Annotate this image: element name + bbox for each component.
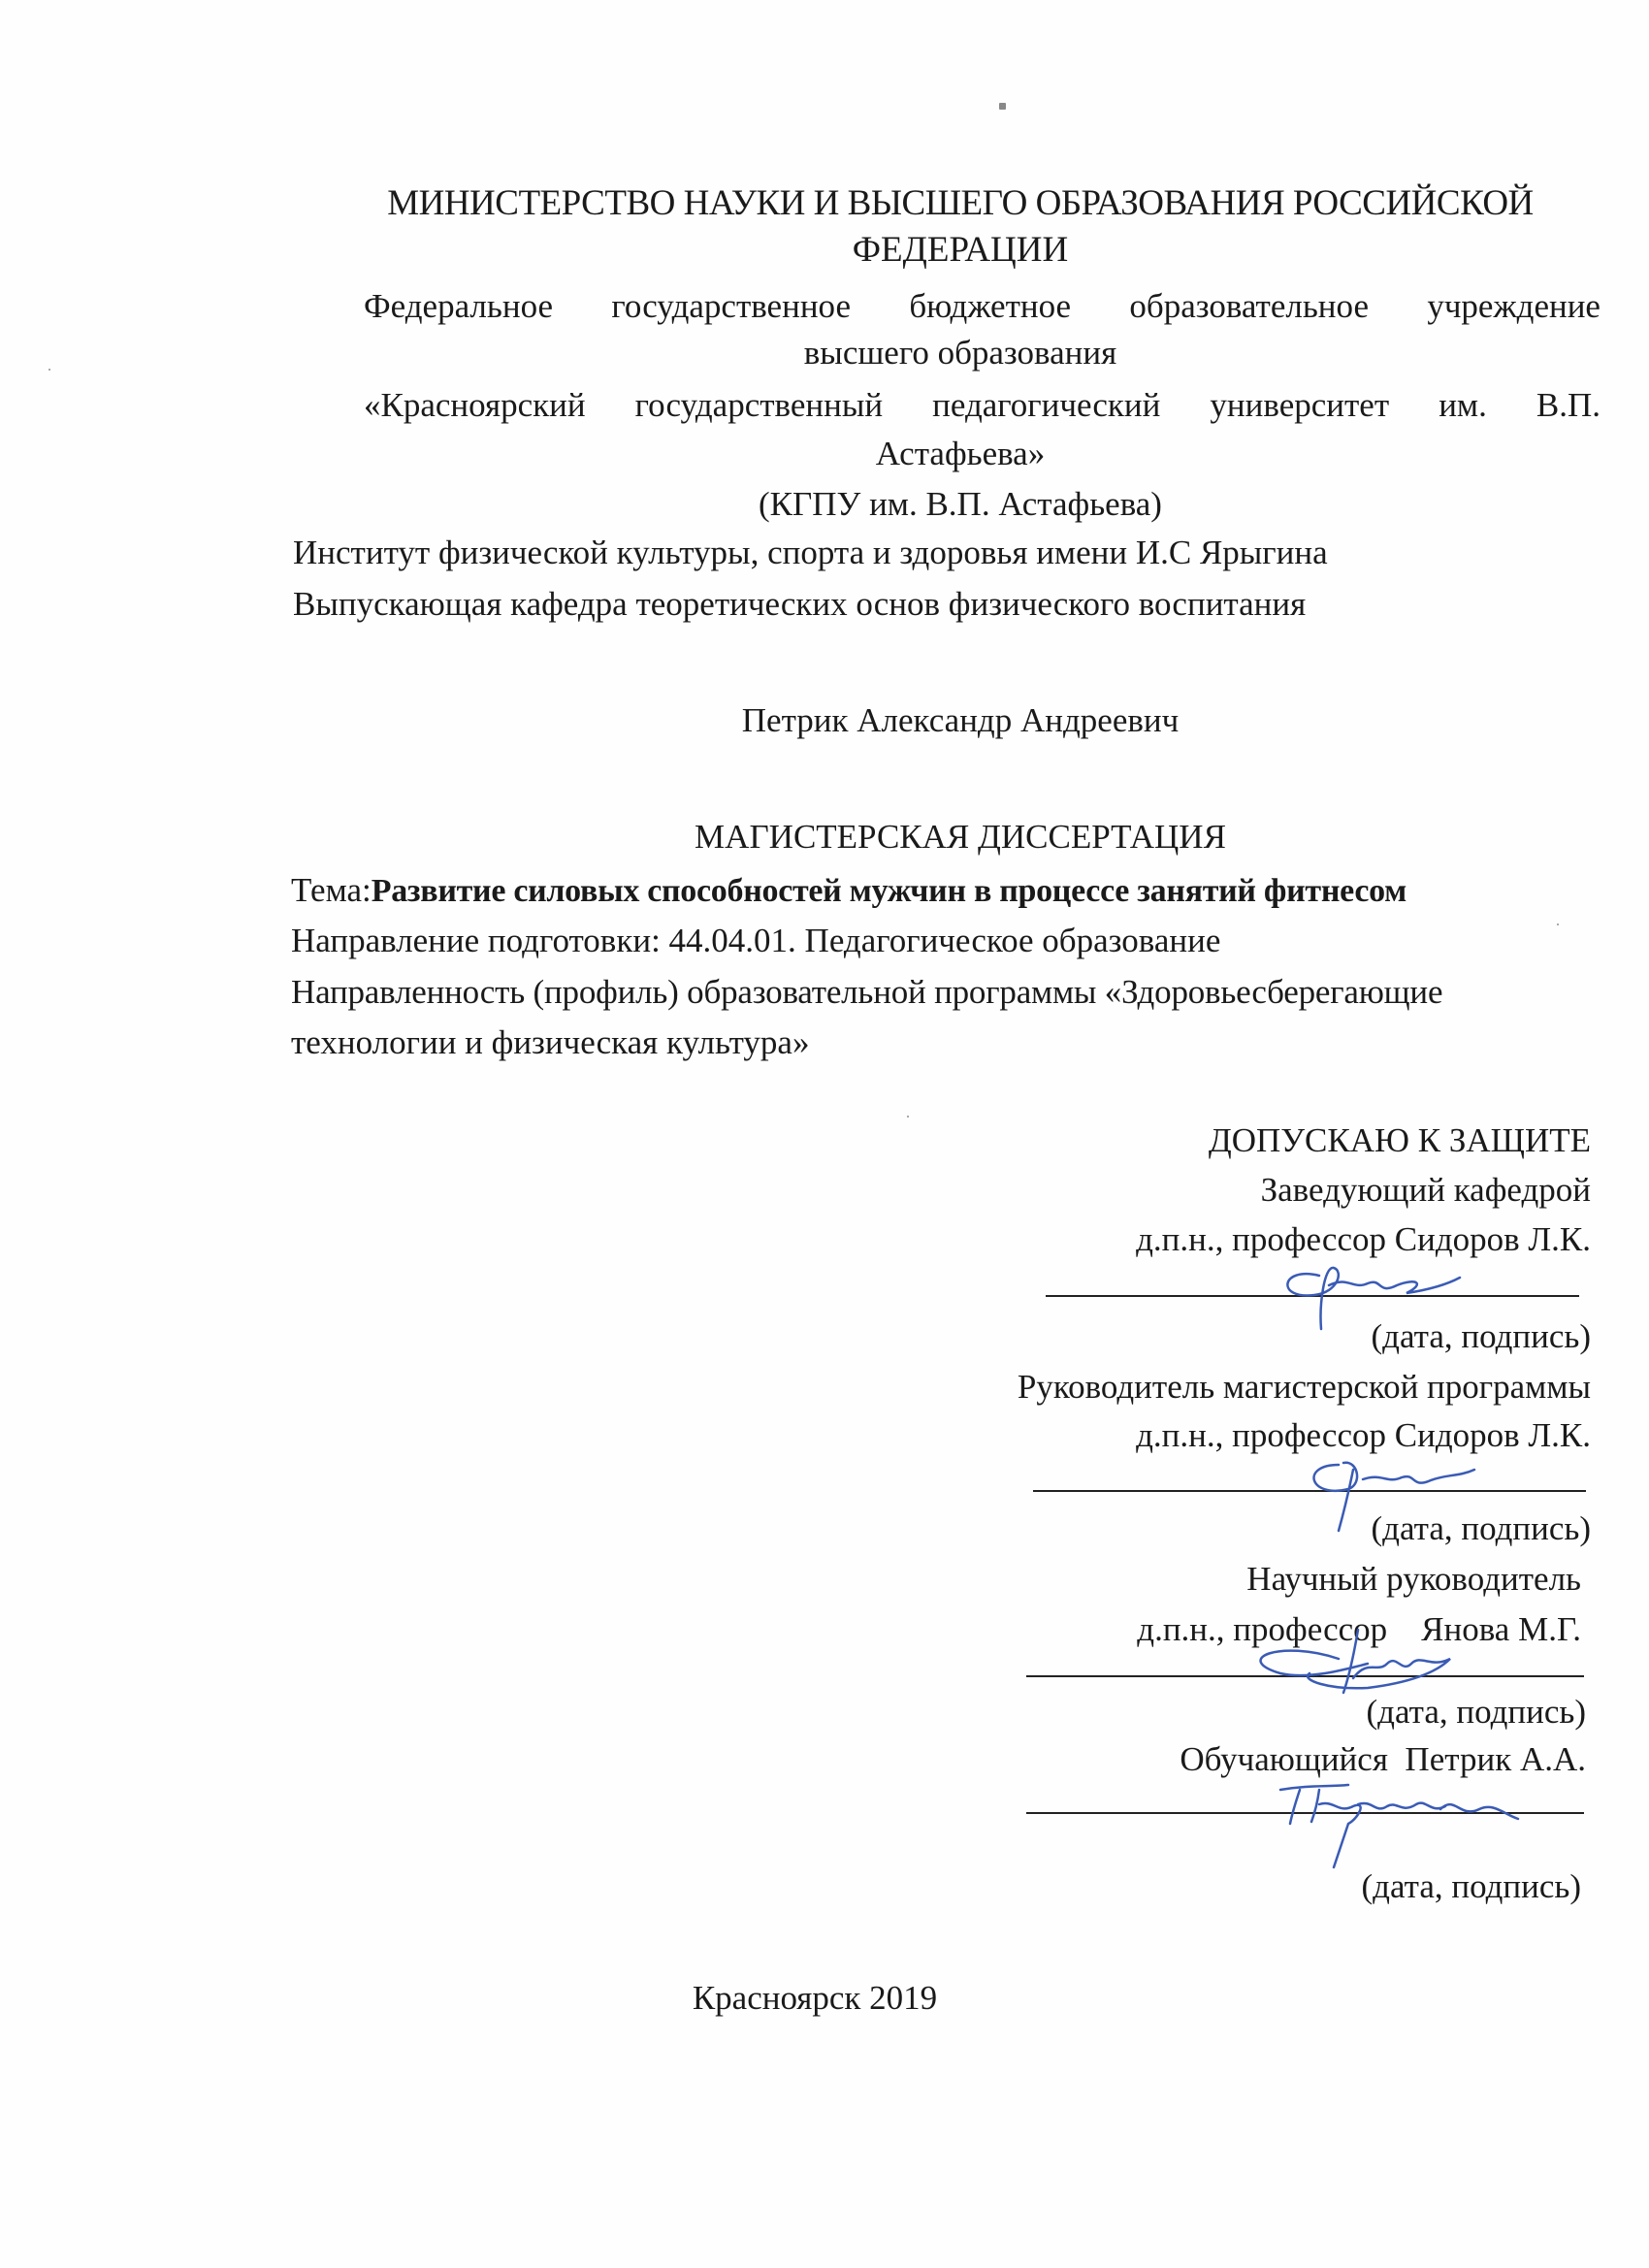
- city-year: Красноярск 2019: [485, 1979, 1145, 2018]
- word: бюджетное: [909, 287, 1071, 326]
- institution-type-line-2: высшего образования: [320, 334, 1600, 373]
- scan-speck: [1557, 923, 1559, 925]
- approval-heading: ДОПУСКАЮ К ЗАЩИТЕ: [873, 1121, 1591, 1160]
- signatory-2-caption: (дата, подпись): [873, 1509, 1591, 1548]
- institute-name: Институт физической культуры, спорта и з…: [293, 534, 1328, 572]
- word: университет: [1210, 386, 1389, 425]
- ministry-line-1: МИНИСТЕРСТВО НАУКИ И ВЫСШЕГО ОБРАЗОВАНИЯ…: [320, 184, 1600, 223]
- scan-speck: [999, 103, 1006, 110]
- word: Федеральное: [364, 287, 553, 326]
- signatory-4-person: Обучающийся Петрик А.А.: [873, 1740, 1586, 1779]
- university-line-1: «Красноярский государственный педагогиче…: [364, 386, 1600, 425]
- word: В.П.: [1536, 386, 1600, 425]
- program-profile-line-1: Направленность (профиль) образовательной…: [291, 973, 1442, 1012]
- university-line-2: Астафьева»: [320, 435, 1600, 473]
- program-profile-line-2: технологии и физическая культура»: [291, 1023, 809, 1062]
- word: образовательное: [1129, 287, 1369, 326]
- author-name: Петрик Александр Андреевич: [320, 701, 1600, 740]
- scan-speck: [48, 369, 50, 371]
- scan-speck: [907, 1116, 909, 1118]
- institution-type-line-1: Федеральное государственное бюджетное об…: [364, 287, 1600, 326]
- signatory-4-caption: (дата, подпись): [873, 1867, 1581, 1906]
- thesis-topic-row: Тема:Развитие силовых способностей мужчи…: [291, 871, 1406, 911]
- topic-label: Тема:: [291, 871, 372, 909]
- word: «Красноярский: [364, 386, 586, 425]
- thesis-type: МАГИСТЕРСКАЯ ДИССЕРТАЦИЯ: [320, 818, 1600, 857]
- topic-title: Развитие силовых способностей мужчин в п…: [372, 873, 1406, 909]
- word: им.: [1439, 386, 1487, 425]
- signatory-1-role: Заведующий кафедрой: [873, 1171, 1591, 1210]
- signatory-1-caption: (дата, подпись): [873, 1317, 1591, 1356]
- training-direction: Направление подготовки: 44.04.01. Педаго…: [291, 922, 1220, 960]
- word: государственное: [611, 287, 851, 326]
- signatory-1-person: д.п.н., профессор Сидоров Л.К.: [873, 1220, 1591, 1259]
- word: педагогический: [932, 386, 1160, 425]
- document-page: МИНИСТЕРСТВО НАУКИ И ВЫСШЕГО ОБРАЗОВАНИЯ…: [0, 0, 1649, 2268]
- department-name: Выпускающая кафедра теоретических основ …: [293, 585, 1306, 624]
- word: учреждение: [1427, 287, 1600, 326]
- university-abbreviation: (КГПУ им. В.П. Астафьева): [320, 485, 1600, 524]
- signature-4-icon: [1261, 1775, 1523, 1872]
- word: государственный: [635, 386, 883, 425]
- signatory-3-role: Научный руководитель: [873, 1560, 1581, 1599]
- ministry-line-2: ФЕДЕРАЦИИ: [320, 231, 1600, 270]
- signatory-2-role: Руководитель магистерской программы: [873, 1368, 1591, 1407]
- signatory-3-caption: (дата, подпись): [873, 1693, 1586, 1732]
